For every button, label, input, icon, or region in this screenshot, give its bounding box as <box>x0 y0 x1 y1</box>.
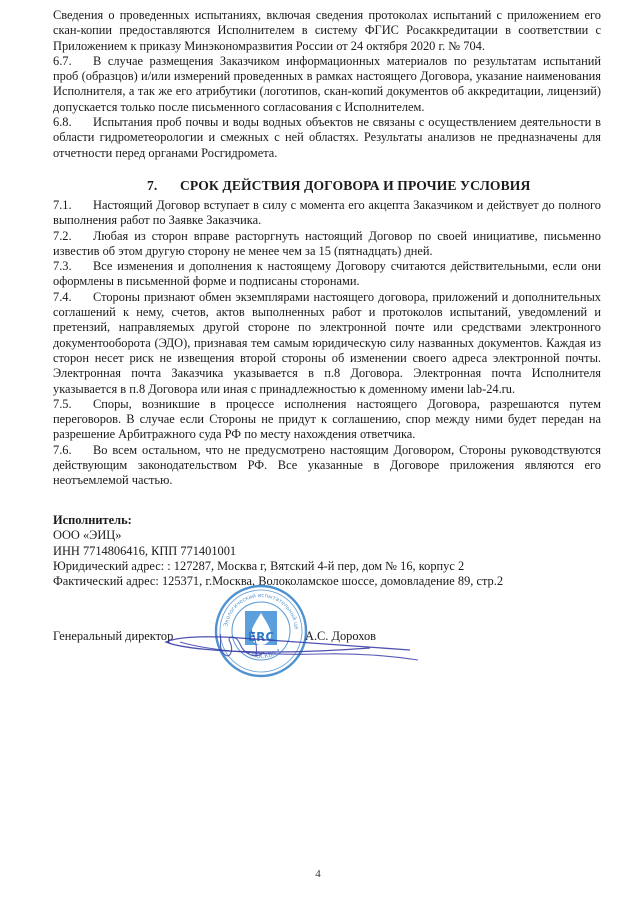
body-text-top: Сведения о проведенных испытаниях, включ… <box>53 8 601 161</box>
clause-number: 7.5. <box>53 397 93 412</box>
handwritten-signature-icon <box>160 630 420 670</box>
section-7-heading: 7.СРОК ДЕЙСТВИЯ ДОГОВОРА И ПРОЧИЕ УСЛОВИ… <box>147 178 530 194</box>
clause-7-5: 7.5.Споры, возникшие в процессе исполнен… <box>53 397 601 443</box>
clause-6-7: 6.7.В случае размещения Заказчиком инфор… <box>53 54 601 115</box>
clause-number: 7.4. <box>53 290 93 305</box>
clause-7-2: 7.2.Любая из сторон вправе расторгнуть н… <box>53 229 601 260</box>
clause-number: 7.6. <box>53 443 93 458</box>
body-text-section7: 7.1.Настоящий Договор вступает в силу с … <box>53 198 601 489</box>
clause-text: Настоящий Договор вступает в силу с моме… <box>53 198 601 227</box>
signatory-position: Генеральный директор <box>53 629 173 644</box>
clause-text: Все изменения и дополнения к настоящему … <box>53 259 601 288</box>
clause-text: Любая из сторон вправе расторгнуть насто… <box>53 229 601 258</box>
clause-7-4: 7.4.Стороны признают обмен экземплярами … <box>53 290 601 397</box>
clause-number: 7.2. <box>53 229 93 244</box>
clause-text: Стороны признают обмен экземплярами наст… <box>53 290 601 396</box>
clause-number: 6.7. <box>53 54 93 69</box>
section-number: 7. <box>147 178 180 194</box>
clause-number: 7.1. <box>53 198 93 213</box>
page-number: 4 <box>0 868 636 880</box>
section-title: СРОК ДЕЙСТВИЯ ДОГОВОРА И ПРОЧИЕ УСЛОВИЯ <box>180 178 530 193</box>
clause-text: Испытания проб почвы и воды водных объек… <box>53 115 601 160</box>
clause-text: В случае размещения Заказчиком информаци… <box>53 54 601 114</box>
clause-number: 7.3. <box>53 259 93 274</box>
executor-details: Исполнитель: ООО «ЭИЦ» ИНН 7714806416, К… <box>53 513 503 589</box>
executor-name: ООО «ЭИЦ» <box>53 528 503 543</box>
clause-number: 6.8. <box>53 115 93 130</box>
intro-paragraph: Сведения о проведенных испытаниях, включ… <box>53 8 601 54</box>
clause-7-1: 7.1.Настоящий Договор вступает в силу с … <box>53 198 601 229</box>
clause-7-6: 7.6.Во всем остальном, что не предусмотр… <box>53 443 601 489</box>
clause-text: Споры, возникшие в процессе исполнения н… <box>53 397 601 442</box>
executor-tax-ids: ИНН 7714806416, КПП 771401001 <box>53 544 503 559</box>
document-page: Сведения о проведенных испытаниях, включ… <box>0 0 636 900</box>
executor-title: Исполнитель: <box>53 513 503 528</box>
clause-text: Во всем остальном, что не предусмотрено … <box>53 443 601 488</box>
clause-6-8: 6.8.Испытания проб почвы и воды водных о… <box>53 115 601 161</box>
executor-legal-address: Юридический адрес: : 127287, Москва г, В… <box>53 559 503 574</box>
clause-7-3: 7.3.Все изменения и дополнения к настоящ… <box>53 259 601 290</box>
